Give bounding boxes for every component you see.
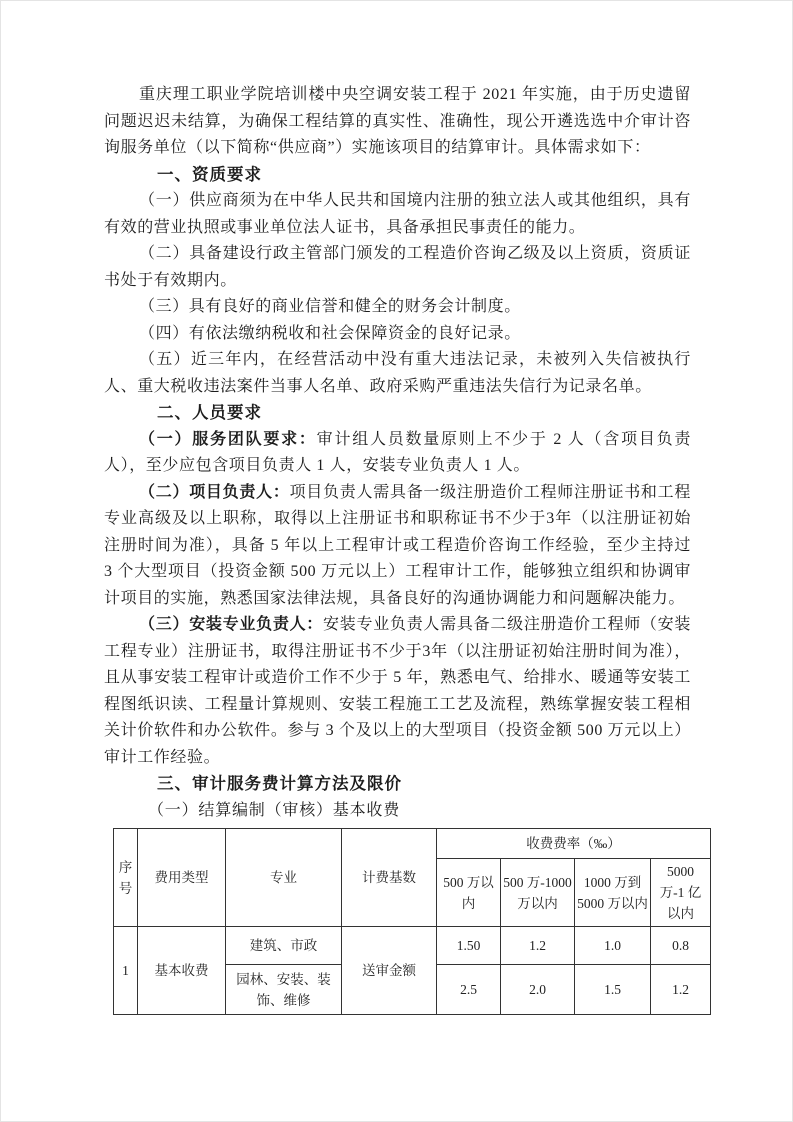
cell-specialty-1: 建筑、市政 (226, 927, 342, 965)
intro-paragraph: 重庆理工职业学院培训楼中央空调安装工程于 2021 年实施，由于历史遗留问题迟迟… (104, 82, 691, 162)
header-basis: 计费基数 (342, 829, 437, 927)
cell-rate-2-3: 1.5 (575, 965, 651, 1015)
header-rate-col-1: 500 万以内 (437, 859, 501, 927)
personnel-item-2: （二）项目负责人：项目负责人需具备一级注册造价工程师注册证书和工程专业高级及以上… (104, 480, 691, 613)
cell-rate-1-4: 0.8 (651, 927, 711, 965)
section-heading-qualifications: 一、资质要求 (104, 162, 691, 189)
document-page: 重庆理工职业学院培训楼中央空调安装工程于 2021 年实施，由于历史遗留问题迟迟… (0, 0, 793, 1122)
personnel-item-2-label: （二）项目负责人： (139, 484, 290, 501)
cell-rate-1-1: 1.50 (437, 927, 501, 965)
fee-rate-table: 序号 费用类型 专业 计费基数 收费费率（‰） 500 万以内 500 万-10… (113, 828, 711, 1015)
cell-rate-2-1: 2.5 (437, 965, 501, 1015)
cell-seq: 1 (114, 927, 138, 1015)
cell-rate-2-4: 1.2 (651, 965, 711, 1015)
cell-rate-1-3: 1.0 (575, 927, 651, 965)
header-rate-col-2: 500 万-1000 万以内 (501, 859, 575, 927)
table-row: 1 基本收费 建筑、市政 送审金额 1.50 1.2 1.0 0.8 (114, 927, 711, 965)
fee-subheading: （一）结算编制（审核）基本收费 (104, 798, 691, 825)
qualification-item-5: （五）近三年内，在经营活动中没有重大违法记录，未被列入失信被执行人、重大税收违法… (104, 347, 691, 400)
document-content: 重庆理工职业学院培训楼中央空调安装工程于 2021 年实施，由于历史遗留问题迟迟… (1, 1, 792, 1015)
header-fee-type: 费用类型 (138, 829, 226, 927)
cell-rate-1-2: 1.2 (501, 927, 575, 965)
cell-specialty-2: 园林、安装、装饰、维修 (226, 965, 342, 1015)
personnel-item-3-text: 安装专业负责人需具备二级注册造价工程师（安装工程专业）注册证书，取得注册证书不少… (104, 616, 691, 766)
qualification-item-1: （一）供应商须为在中华人民共和国境内注册的独立法人或其他组织，具有有效的营业执照… (104, 188, 691, 241)
cell-basis: 送审金额 (342, 927, 437, 1015)
header-rate-group: 收费费率（‰） (437, 829, 711, 859)
header-seq: 序号 (114, 829, 138, 927)
cell-rate-2-2: 2.0 (501, 965, 575, 1015)
personnel-item-1-label: （一）服务团队要求： (139, 431, 317, 448)
section-heading-personnel: 二、人员要求 (104, 400, 691, 427)
personnel-item-1: （一）服务团队要求：审计组人员数量原则上不少于 2 人（含项目负责人），至少应包… (104, 427, 691, 480)
section-heading-fees: 三、审计服务费计算方法及限价 (104, 771, 691, 798)
personnel-item-2-text: 项目负责人需具备一级注册造价工程师注册证书和工程专业高级及以上职称，取得以上注册… (104, 484, 691, 607)
cell-fee-type: 基本收费 (138, 927, 226, 1015)
header-specialty: 专业 (226, 829, 342, 927)
personnel-item-3-label: （三）安装专业负责人： (139, 616, 323, 633)
header-rate-col-3: 1000 万到 5000 万以内 (575, 859, 651, 927)
qualification-item-4: （四）有依法缴纳税收和社会保障资金的良好记录。 (104, 321, 691, 348)
qualification-item-2: （二）具备建设行政主管部门颁发的工程造价咨询乙级及以上资质，资质证书处于有效期内… (104, 241, 691, 294)
qualification-item-3: （三）具有良好的商业信誉和健全的财务会计制度。 (104, 294, 691, 321)
header-rate-col-4: 5000 万-1 亿以内 (651, 859, 711, 927)
personnel-item-3: （三）安装专业负责人：安装专业负责人需具备二级注册造价工程师（安装工程专业）注册… (104, 612, 691, 771)
